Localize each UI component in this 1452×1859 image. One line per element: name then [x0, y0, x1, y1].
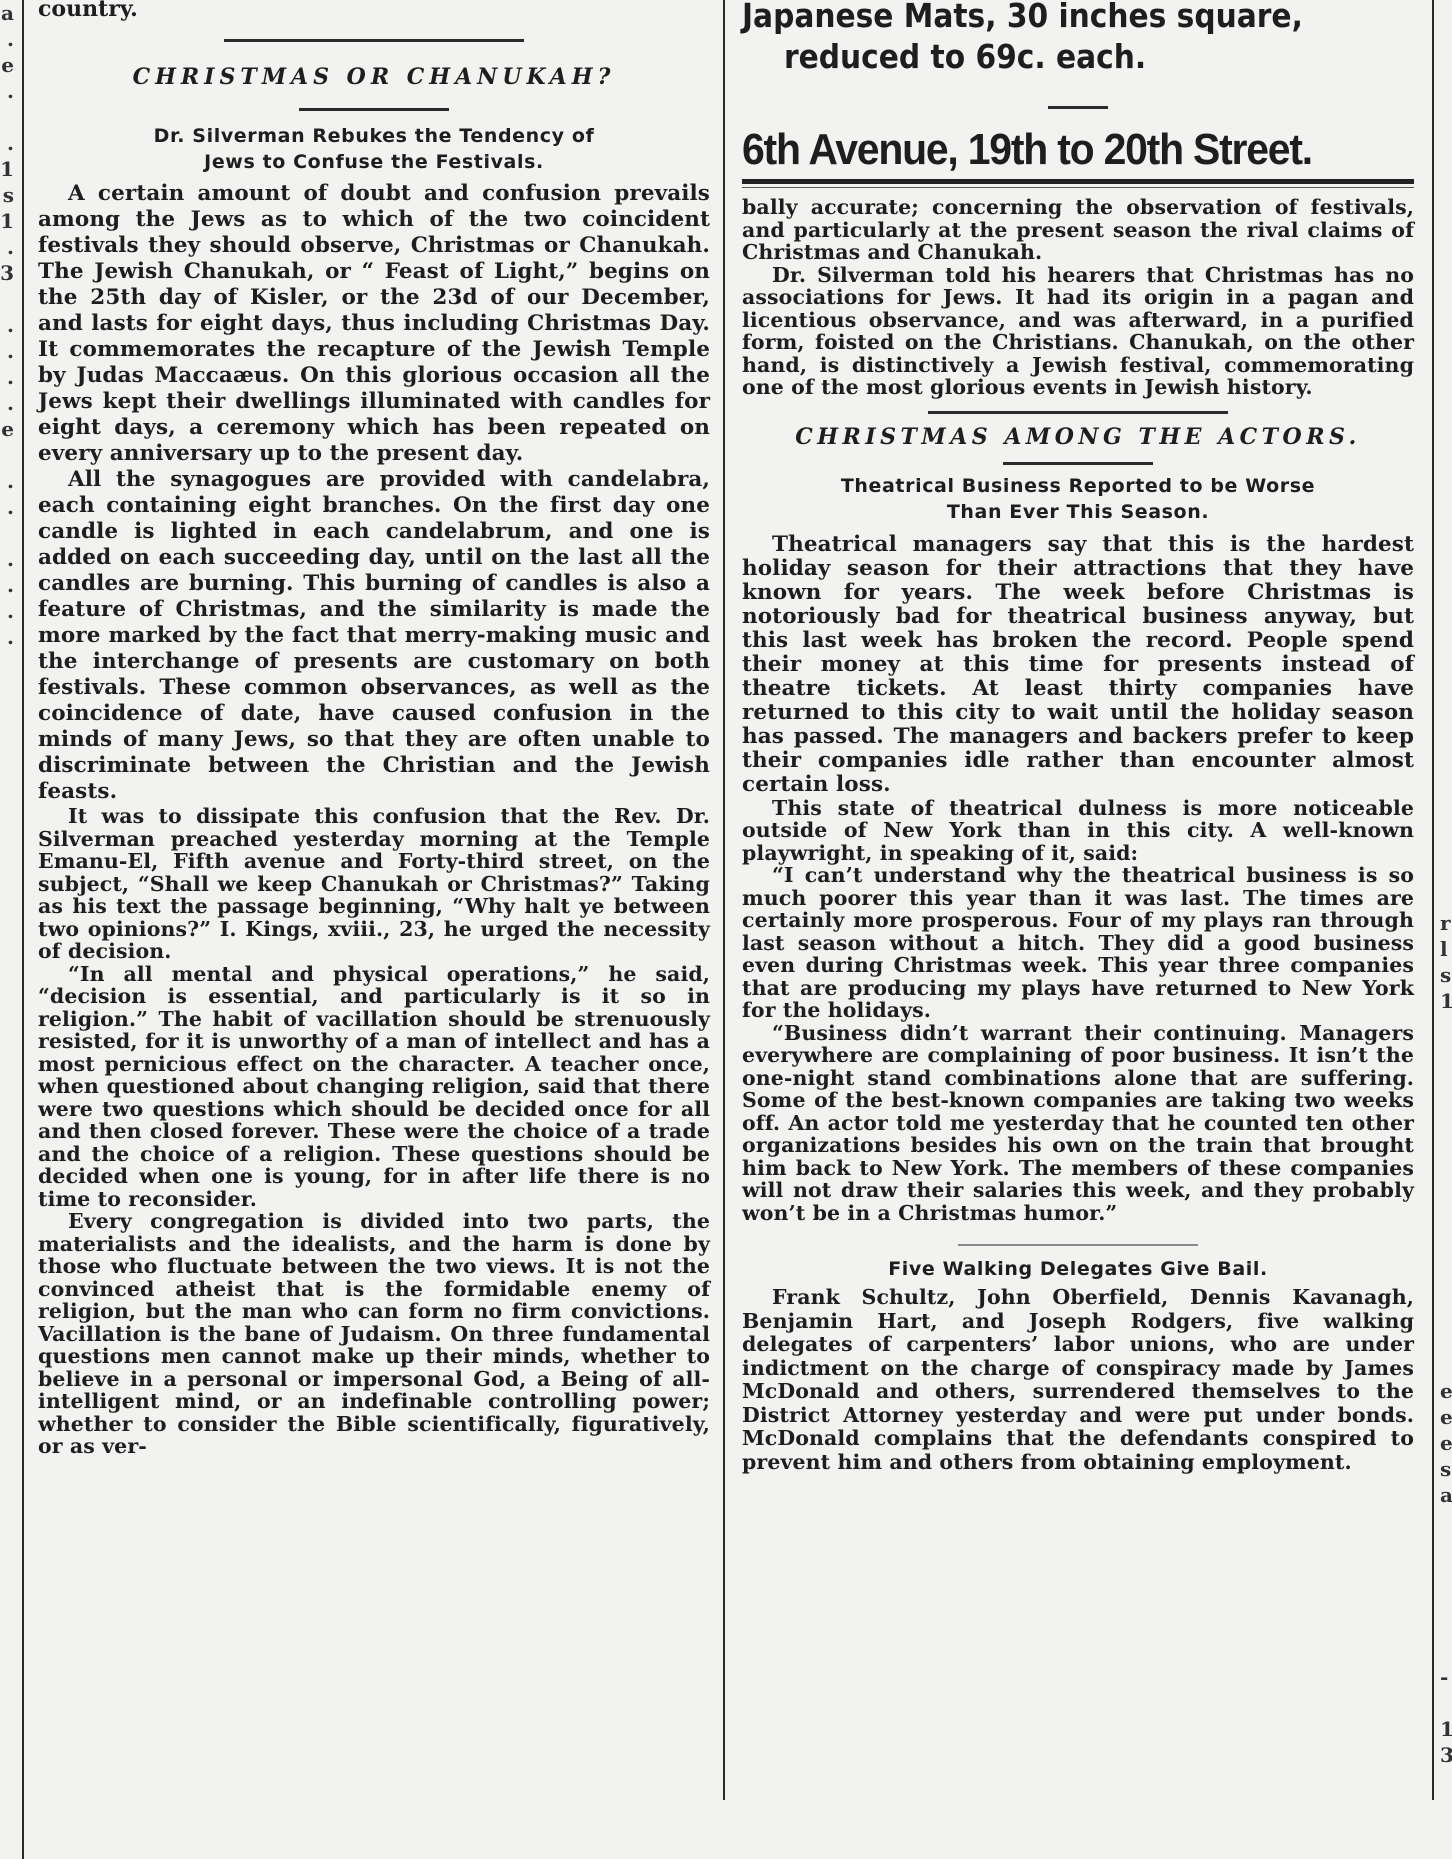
- ad-product: Japanese Mats,: [742, 0, 997, 35]
- subhead-line: Jews to Confuse the Festivals.: [38, 149, 710, 175]
- headline-rule: [299, 108, 449, 111]
- subhead: Dr. Silverman Rebukes the Tendency of Je…: [38, 123, 710, 175]
- subhead-line: Dr. Silverman Rebukes the Tendency of: [38, 123, 710, 149]
- ad-line-1: Japanese Mats, 30 inches square,: [742, 0, 1414, 35]
- ad-text: each.: [1046, 37, 1147, 76]
- column-rule-left: [22, 0, 24, 1859]
- article-christmas-or-chanukah: CHRISTMAS OR CHANUKAH? Dr. Silverman Reb…: [38, 64, 710, 1458]
- column-rule-middle: [723, 0, 725, 1800]
- headline: CHRISTMAS AMONG THE ACTORS.: [742, 424, 1414, 450]
- article-separator: [928, 411, 1228, 414]
- paragraph: It was to dissipate this confusion that …: [38, 805, 710, 963]
- paragraph: “Business didn’t warrant their continuin…: [742, 1022, 1414, 1225]
- paragraph: Theatrical managers say that this is the…: [742, 533, 1414, 797]
- paragraph: “In all mental and physical operations,”…: [38, 963, 710, 1211]
- paragraph: All the synagogues are provided with can…: [38, 467, 710, 805]
- ad-line-2: reduced to 69c. each.: [742, 37, 1414, 76]
- ad-separator: [1048, 106, 1108, 109]
- ad-text: reduced to: [784, 37, 975, 76]
- advertisement: Japanese Mats, 30 inches square, reduced…: [742, 0, 1414, 188]
- article-christmas-among-the-actors: CHRISTMAS AMONG THE ACTORS. Theatrical B…: [742, 424, 1414, 1225]
- left-column: country. CHRISTMAS OR CHANUKAH? Dr. Silv…: [38, 0, 710, 1458]
- right-column: Japanese Mats, 30 inches square, reduced…: [742, 0, 1414, 1474]
- article-separator: [224, 39, 524, 42]
- newspaper-page: a . e . . 1 s 1 . 3 . . . . e . . . . . …: [0, 0, 1452, 1859]
- paragraph: Frank Schultz, John Oberfield, Dennis Ka…: [742, 1286, 1414, 1474]
- right-edge-text-fragments: r l s 1 e e e s a - 1 3: [1440, 0, 1452, 1859]
- headline: CHRISTMAS OR CHANUKAH?: [38, 64, 710, 90]
- article-body: Theatrical managers say that this is the…: [742, 533, 1414, 1225]
- article-body: Frank Schultz, John Oberfield, Dennis Ka…: [742, 1286, 1414, 1474]
- paragraph: A certain amount of doubt and confusion …: [38, 181, 710, 467]
- paragraph: Dr. Silverman told his hearers that Chri…: [742, 264, 1414, 399]
- paragraph: Every congregation is divided into two p…: [38, 1210, 710, 1458]
- paragraph: bally accurate; concerning the observati…: [742, 196, 1414, 264]
- ad-bottom-rule: [742, 179, 1414, 188]
- ad-size: 30 inches square,: [997, 0, 1303, 35]
- article-five-walking-delegates: Five Walking Delegates Give Bail. Frank …: [742, 1256, 1414, 1474]
- left-edge-text-fragments: a . e . . 1 s 1 . 3 . . . . e . . . . . …: [0, 0, 14, 1859]
- subhead-line: Theatrical Business Reported to be Worse: [742, 473, 1414, 499]
- previous-article-fragment: country.: [38, 0, 710, 22]
- article-christmas-or-chanukah-continued: bally accurate; concerning the observati…: [742, 196, 1414, 399]
- headline-rule: [1003, 462, 1153, 465]
- article-body: A certain amount of doubt and confusion …: [38, 181, 710, 1458]
- ad-address: 6th Avenue, 19th to 20th Street.: [742, 125, 1367, 175]
- subhead-line: Than Ever This Season.: [742, 499, 1414, 525]
- paragraph: This state of theatrical dulness is more…: [742, 797, 1414, 865]
- subhead: Theatrical Business Reported to be Worse…: [742, 473, 1414, 525]
- headline: Five Walking Delegates Give Bail.: [742, 1256, 1414, 1282]
- paragraph: “I can’t understand why the theatrical b…: [742, 864, 1414, 1022]
- column-rule-right: [1432, 0, 1434, 1800]
- ad-price: 69c.: [975, 37, 1045, 76]
- article-separator: [958, 1244, 1198, 1246]
